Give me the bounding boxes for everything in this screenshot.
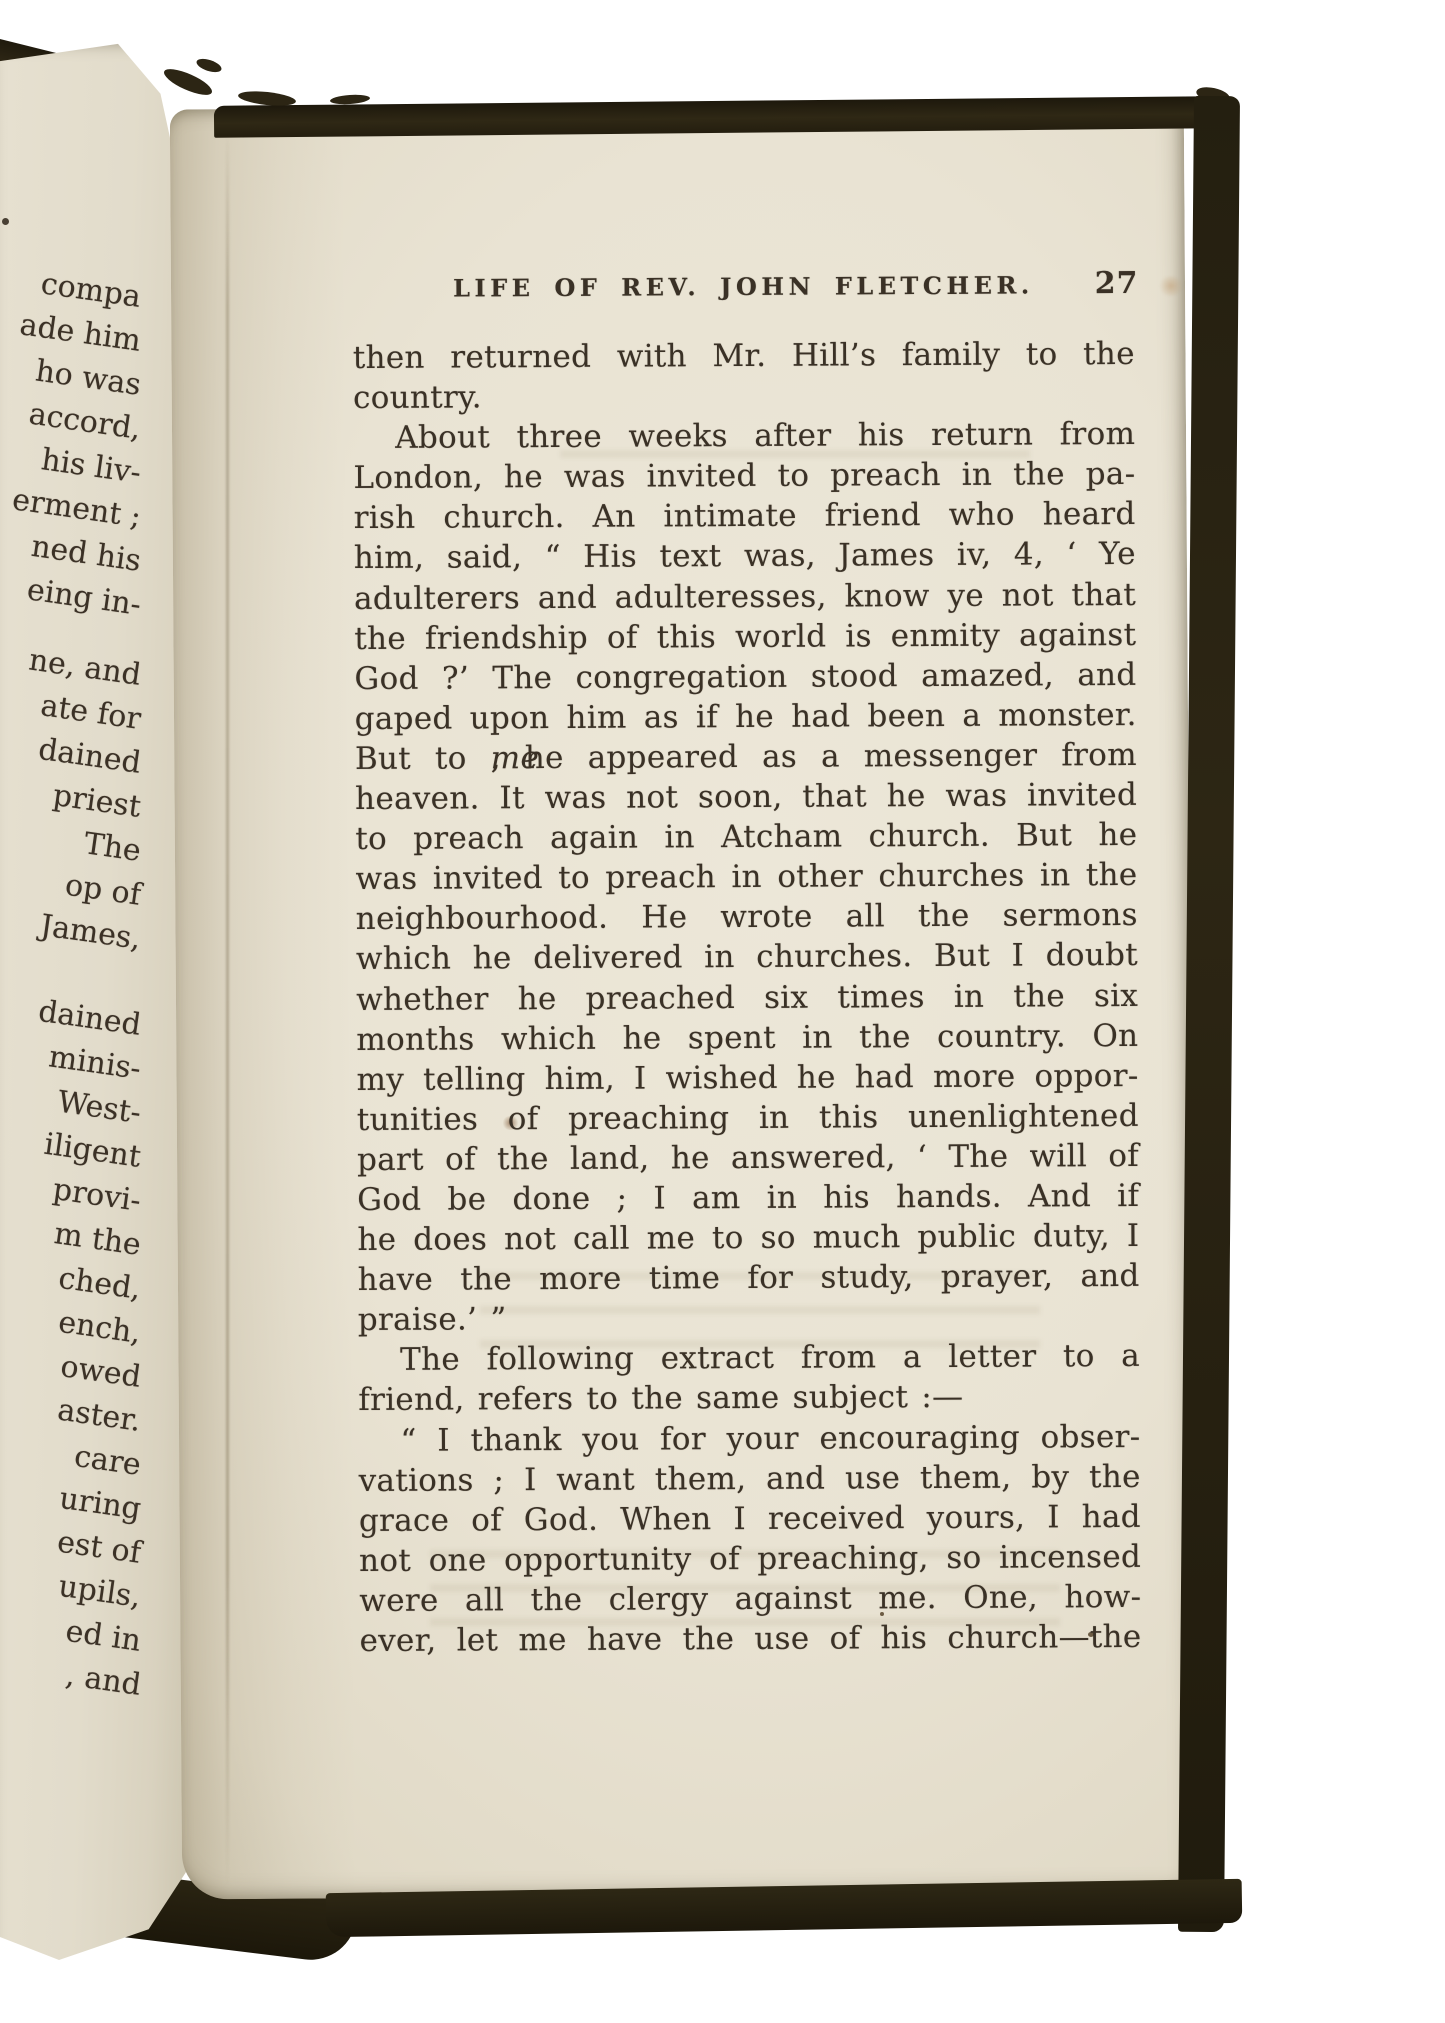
text-line: heaven. It was not soon, that he was inv… xyxy=(355,775,1137,819)
page-text-block: LIFE OF REV. JOHN FLETCHER. 27 then retu… xyxy=(352,270,1141,1661)
text-line: rish church. An intimate friend who hear… xyxy=(354,494,1136,538)
text-line: God be done ; I am in his hands. And if xyxy=(357,1176,1139,1220)
text-line: were all the clergy against me. One, how… xyxy=(359,1577,1141,1621)
text-line: praise.’ ” xyxy=(358,1296,1140,1340)
text-line: whether he preached six times in the six xyxy=(356,975,1138,1019)
cover-fray xyxy=(195,56,223,74)
body-text: then returned with Mr. Hill’s family to … xyxy=(353,334,1142,1661)
text-line: tunities of preaching in this unenlighte… xyxy=(357,1096,1139,1140)
page-number: 27 xyxy=(1095,266,1139,301)
foxing-stain xyxy=(1158,276,1184,296)
text-line: my telling him, I wished he had more opp… xyxy=(356,1056,1138,1100)
text-line: “ I thank you for your encouraging obser… xyxy=(358,1416,1140,1460)
text-line: was invited to preach in other churches … xyxy=(355,855,1137,899)
text-line: grace of God. When I received yours, I h… xyxy=(359,1497,1141,1541)
text-line: friend, refers to the same subject :— xyxy=(358,1376,1140,1420)
text-line: months which he spent in the country. On xyxy=(356,1016,1138,1060)
text-line: country. xyxy=(353,374,1135,418)
text-line: part of the land, he answered, ‘ The wil… xyxy=(357,1136,1139,1180)
text-line: London, he was invited to preach in the … xyxy=(353,454,1135,498)
text-line: to preach again in Atcham church. But he xyxy=(355,815,1137,859)
text-line: adulterers and adulteresses, know ye not… xyxy=(354,575,1136,619)
running-header-title: LIFE OF REV. JOHN FLETCHER. xyxy=(453,270,1034,302)
text-line: have the more time for study, prayer, an… xyxy=(358,1256,1140,1300)
text-line: not one opportunity of preaching, so inc… xyxy=(359,1537,1141,1581)
text-line: vations ; I want them, and use them, by … xyxy=(359,1457,1141,1501)
text-line: neighbourhood. He wrote all the sermons xyxy=(356,895,1138,939)
text-line: which he delivered in churches. But I do… xyxy=(356,935,1138,979)
gutter-crease xyxy=(226,130,229,1886)
book-cover-right-edge xyxy=(1178,96,1240,1932)
text-line: the friendship of this world is enmity a… xyxy=(354,615,1136,659)
text-line: then returned with Mr. Hill’s family to … xyxy=(353,334,1135,378)
running-header: LIFE OF REV. JOHN FLETCHER. 27 xyxy=(352,270,1134,306)
text-line: But to me, he appeared as a messenger fr… xyxy=(355,735,1137,779)
paper-speck xyxy=(2,218,9,225)
text-line: The following extract from a letter to a xyxy=(358,1336,1140,1380)
book-photo: compaade himho wasaccord,his liv-erment … xyxy=(0,0,1445,2023)
text-line: God ?’ The congregation stood amazed, an… xyxy=(354,655,1136,699)
text-line: ever, let me have the use of his church—… xyxy=(359,1617,1141,1661)
left-page-text-fragments: compaade himho wasaccord,his liv-erment … xyxy=(0,276,140,1708)
text-line: gaped upon him as if he had been a monst… xyxy=(355,695,1137,739)
text-line: About three weeks after his return from xyxy=(353,414,1135,458)
text-line: him, said, “ His text was, James iv, 4, … xyxy=(354,534,1136,578)
text-line: he does not call me to so much public du… xyxy=(357,1216,1139,1260)
